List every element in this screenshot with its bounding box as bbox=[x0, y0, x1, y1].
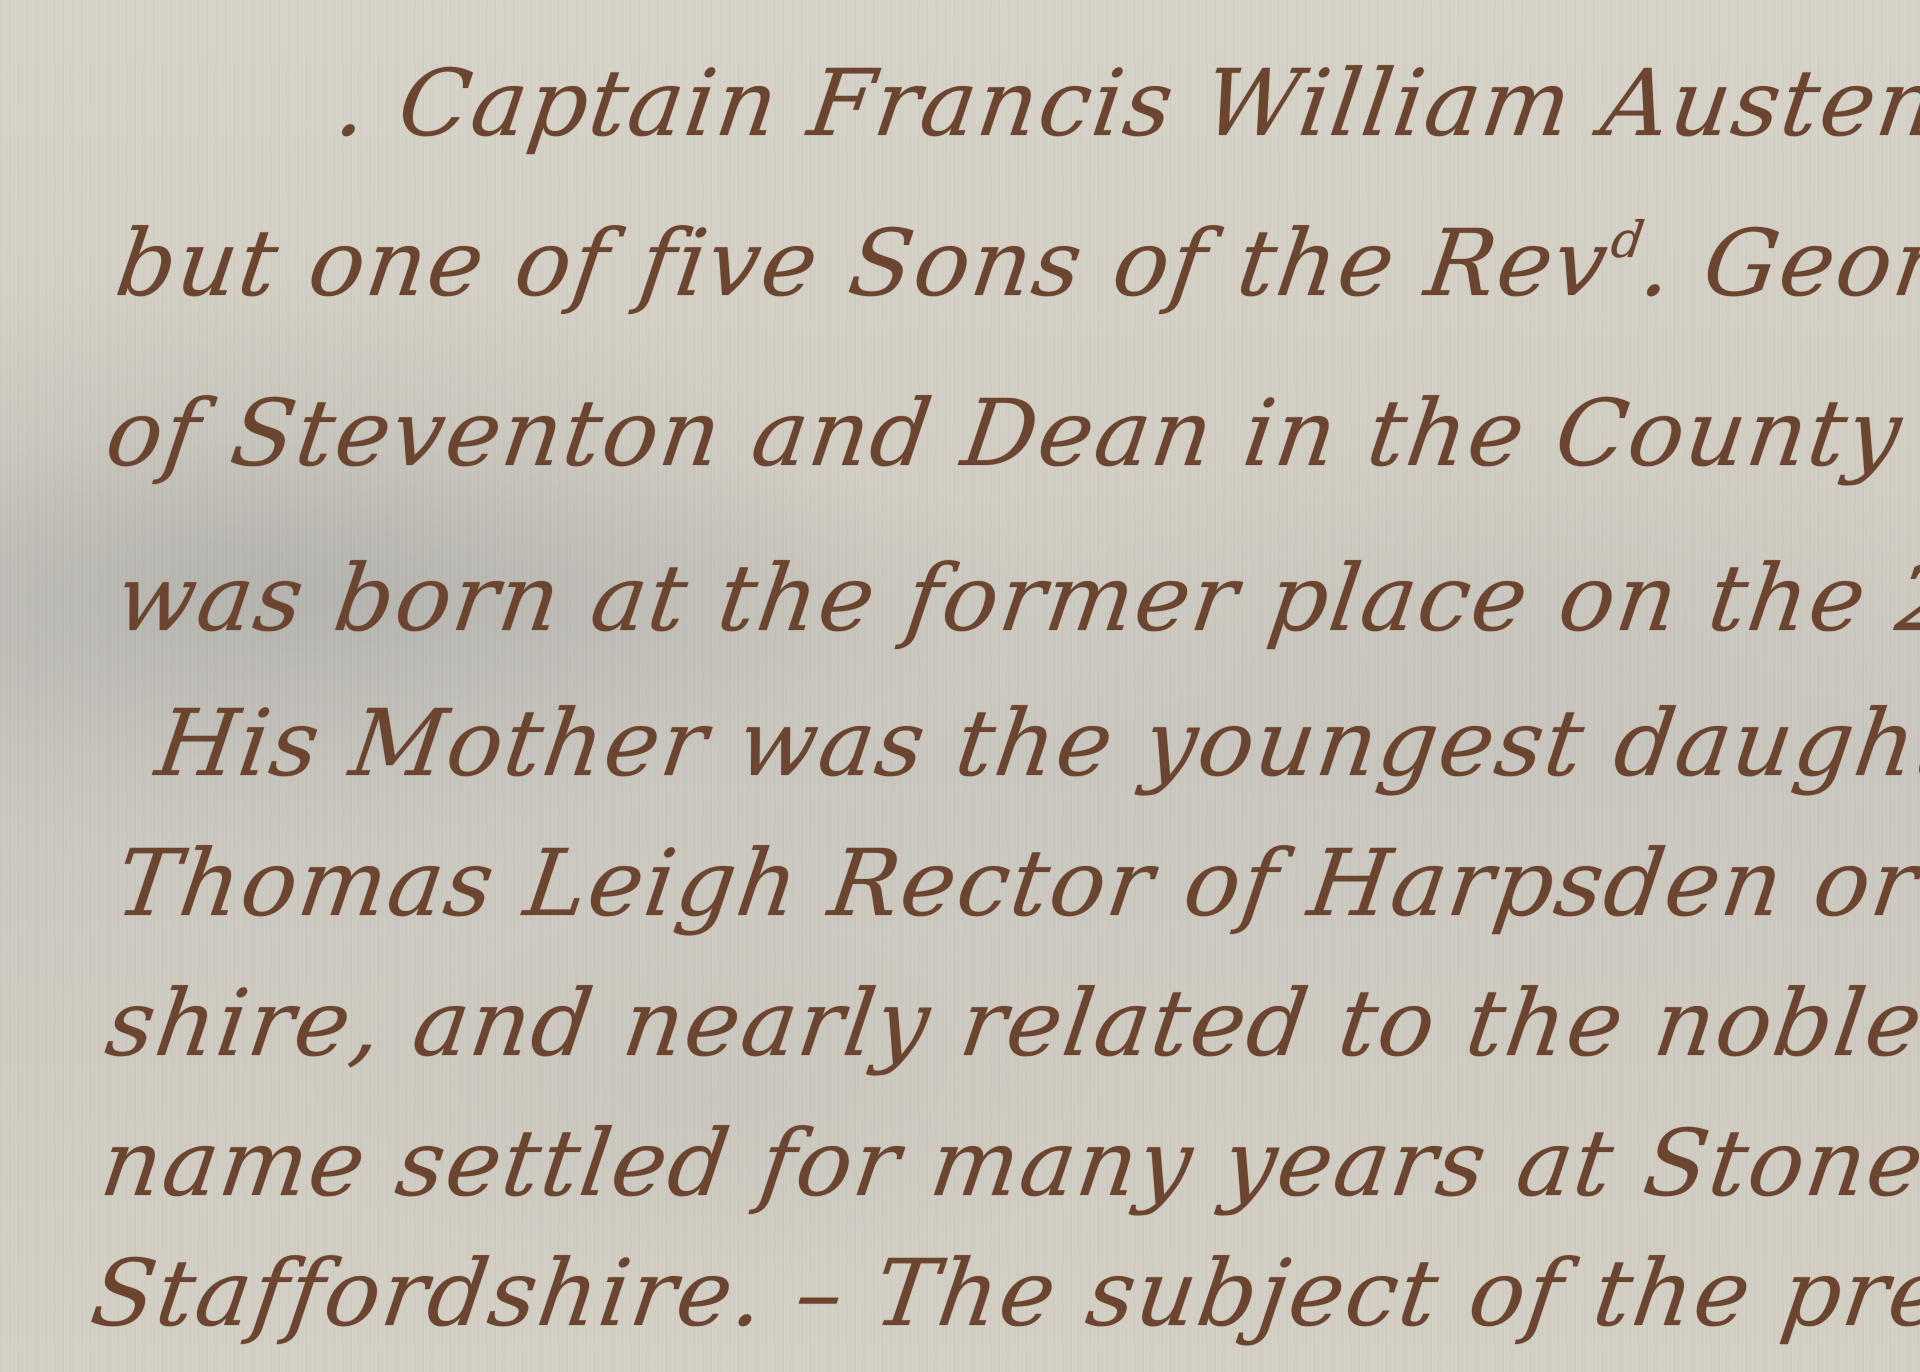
manuscript-line-6: Thomas Leigh Rector of Harpsden or Harp bbox=[110, 830, 1920, 937]
manuscript-line-5: His Mother was the youngest daughter bbox=[150, 690, 1920, 797]
line-text: name settled for many years at Stoneleig bbox=[95, 1110, 1920, 1217]
line-text: of Steventon and Dean in the County of bbox=[100, 380, 1920, 487]
manuscript-line-7: shire, and nearly related to the noble F… bbox=[100, 970, 1920, 1077]
manuscript-line-1: . Captain Francis William Austen, t bbox=[330, 50, 1920, 157]
manuscript-line-8: name settled for many years at Stoneleig bbox=[95, 1110, 1920, 1217]
manuscript-page: . Captain Francis William Austen, t but … bbox=[0, 0, 1920, 1372]
line-text: His Mother was the youngest daughter bbox=[150, 690, 1920, 797]
line-text-after: . George bbox=[1635, 210, 1920, 317]
line-text: was born at the former place on the 23 bbox=[110, 545, 1920, 652]
line-text: Thomas Leigh Rector of Harpsden or Harp bbox=[110, 830, 1920, 937]
line-text: Staffordshire. – The subject of the pres… bbox=[85, 1240, 1920, 1347]
line-text: . Captain Francis William Austen, t bbox=[330, 50, 1920, 157]
manuscript-line-4: was born at the former place on the 23rd… bbox=[110, 545, 1920, 652]
manuscript-line-2: but one of five Sons of the Revd. George bbox=[110, 210, 1920, 317]
manuscript-line-3: of Steventon and Dean in the County of bbox=[100, 380, 1920, 487]
line-text: but one of five Sons of the Rev bbox=[110, 210, 1616, 317]
manuscript-line-9: Staffordshire. – The subject of the pres… bbox=[85, 1240, 1920, 1347]
line-text: shire, and nearly related to the noble F… bbox=[100, 970, 1920, 1077]
